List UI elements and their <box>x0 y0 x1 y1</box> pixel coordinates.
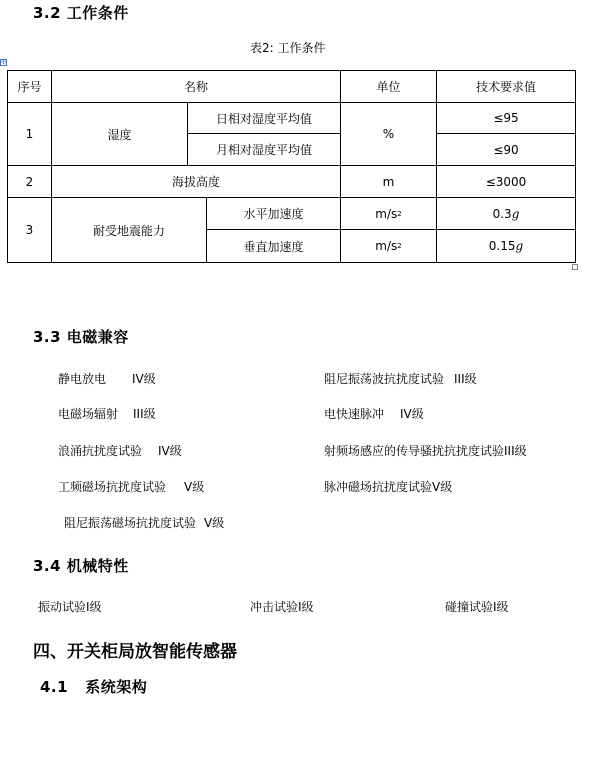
row1-sub2-name: 月相对湿度平均值 <box>187 133 341 166</box>
row3-sub2-value: 0.15g <box>436 229 576 263</box>
table-move-handle-icon[interactable]: ✣ <box>0 59 7 66</box>
section-heading-3-4: 3.4 机械特性 <box>33 555 129 576</box>
mech-item-vibration: 振动试验Ⅰ级 <box>38 598 102 615</box>
header-name: 名称 <box>51 70 341 103</box>
emc-item-pulse-magnetic: 脉冲磁场抗扰度试验V级 <box>324 478 452 495</box>
row3-sub1-name: 水平加速度 <box>206 197 341 230</box>
unit-text: m/s <box>375 207 397 221</box>
emc-item-damped-wave: 阻尼振荡波抗扰度试验III级 <box>324 370 477 387</box>
emc-item-power-freq-magnetic: 工频磁场抗扰度试验V级 <box>58 478 204 495</box>
header-seq: 序号 <box>7 70 52 103</box>
emc-item-damped-magnetic: 阻尼振荡磁场抗扰度试验V级 <box>64 514 224 531</box>
value-number: 0.15 <box>489 239 516 253</box>
emc-item-surge: 浪涌抗扰度试验IV级 <box>58 442 182 459</box>
emc-item-radiated-field: 电磁场辐射III级 <box>58 405 156 422</box>
row1-unit: % <box>340 102 437 166</box>
row3-sub2-unit: m/s2 <box>340 229 437 263</box>
table-resize-handle-icon[interactable] <box>572 264 578 270</box>
value-unit: g <box>516 239 524 253</box>
emc-item-conducted-rf: 射频场感应的传导骚扰抗扰度试验III级 <box>324 442 527 459</box>
unit-exponent: 2 <box>397 242 401 250</box>
row1-sub1-value: ≤95 <box>436 102 576 134</box>
row3-sub1-unit: m/s2 <box>340 197 437 230</box>
header-unit: 单位 <box>340 70 437 103</box>
value-number: 0.3 <box>493 207 512 221</box>
section-heading-4-1: 4.1 系统架构 <box>40 676 147 697</box>
row2-unit: m <box>340 165 437 198</box>
mech-item-shock: 冲击试验Ⅰ级 <box>250 598 314 615</box>
row1-sub1-name: 日相对湿度平均值 <box>187 102 341 134</box>
table-caption: 表2: 工作条件 <box>250 39 326 56</box>
row2-value: ≤3000 <box>436 165 576 198</box>
row3-name: 耐受地震能力 <box>51 197 207 263</box>
unit-text: m/s <box>375 239 397 253</box>
unit-exponent: 2 <box>397 210 401 218</box>
row3-sub1-value: 0.3g <box>436 197 576 230</box>
row1-sub2-value: ≤90 <box>436 133 576 166</box>
row2-name: 海拔高度 <box>51 165 341 198</box>
section-heading-3-3: 3.3 电磁兼容 <box>33 326 129 347</box>
value-unit: g <box>512 207 520 221</box>
header-value: 技术要求值 <box>436 70 576 103</box>
chapter-heading-4: 四、开关柜局放智能传感器 <box>33 637 237 662</box>
row2-seq: 2 <box>7 165 52 198</box>
row1-seq: 1 <box>7 102 52 166</box>
section-heading-3-2: 3.2 工作条件 <box>33 2 129 23</box>
row3-seq: 3 <box>7 197 52 263</box>
mech-item-bump: 碰撞试验Ⅰ级 <box>445 598 509 615</box>
emc-item-eft: 电快速脉冲IV级 <box>324 405 424 422</box>
emc-item-esd: 静电放电IV级 <box>58 370 156 387</box>
row1-name: 湿度 <box>51 102 188 166</box>
row3-sub2-name: 垂直加速度 <box>206 229 341 263</box>
